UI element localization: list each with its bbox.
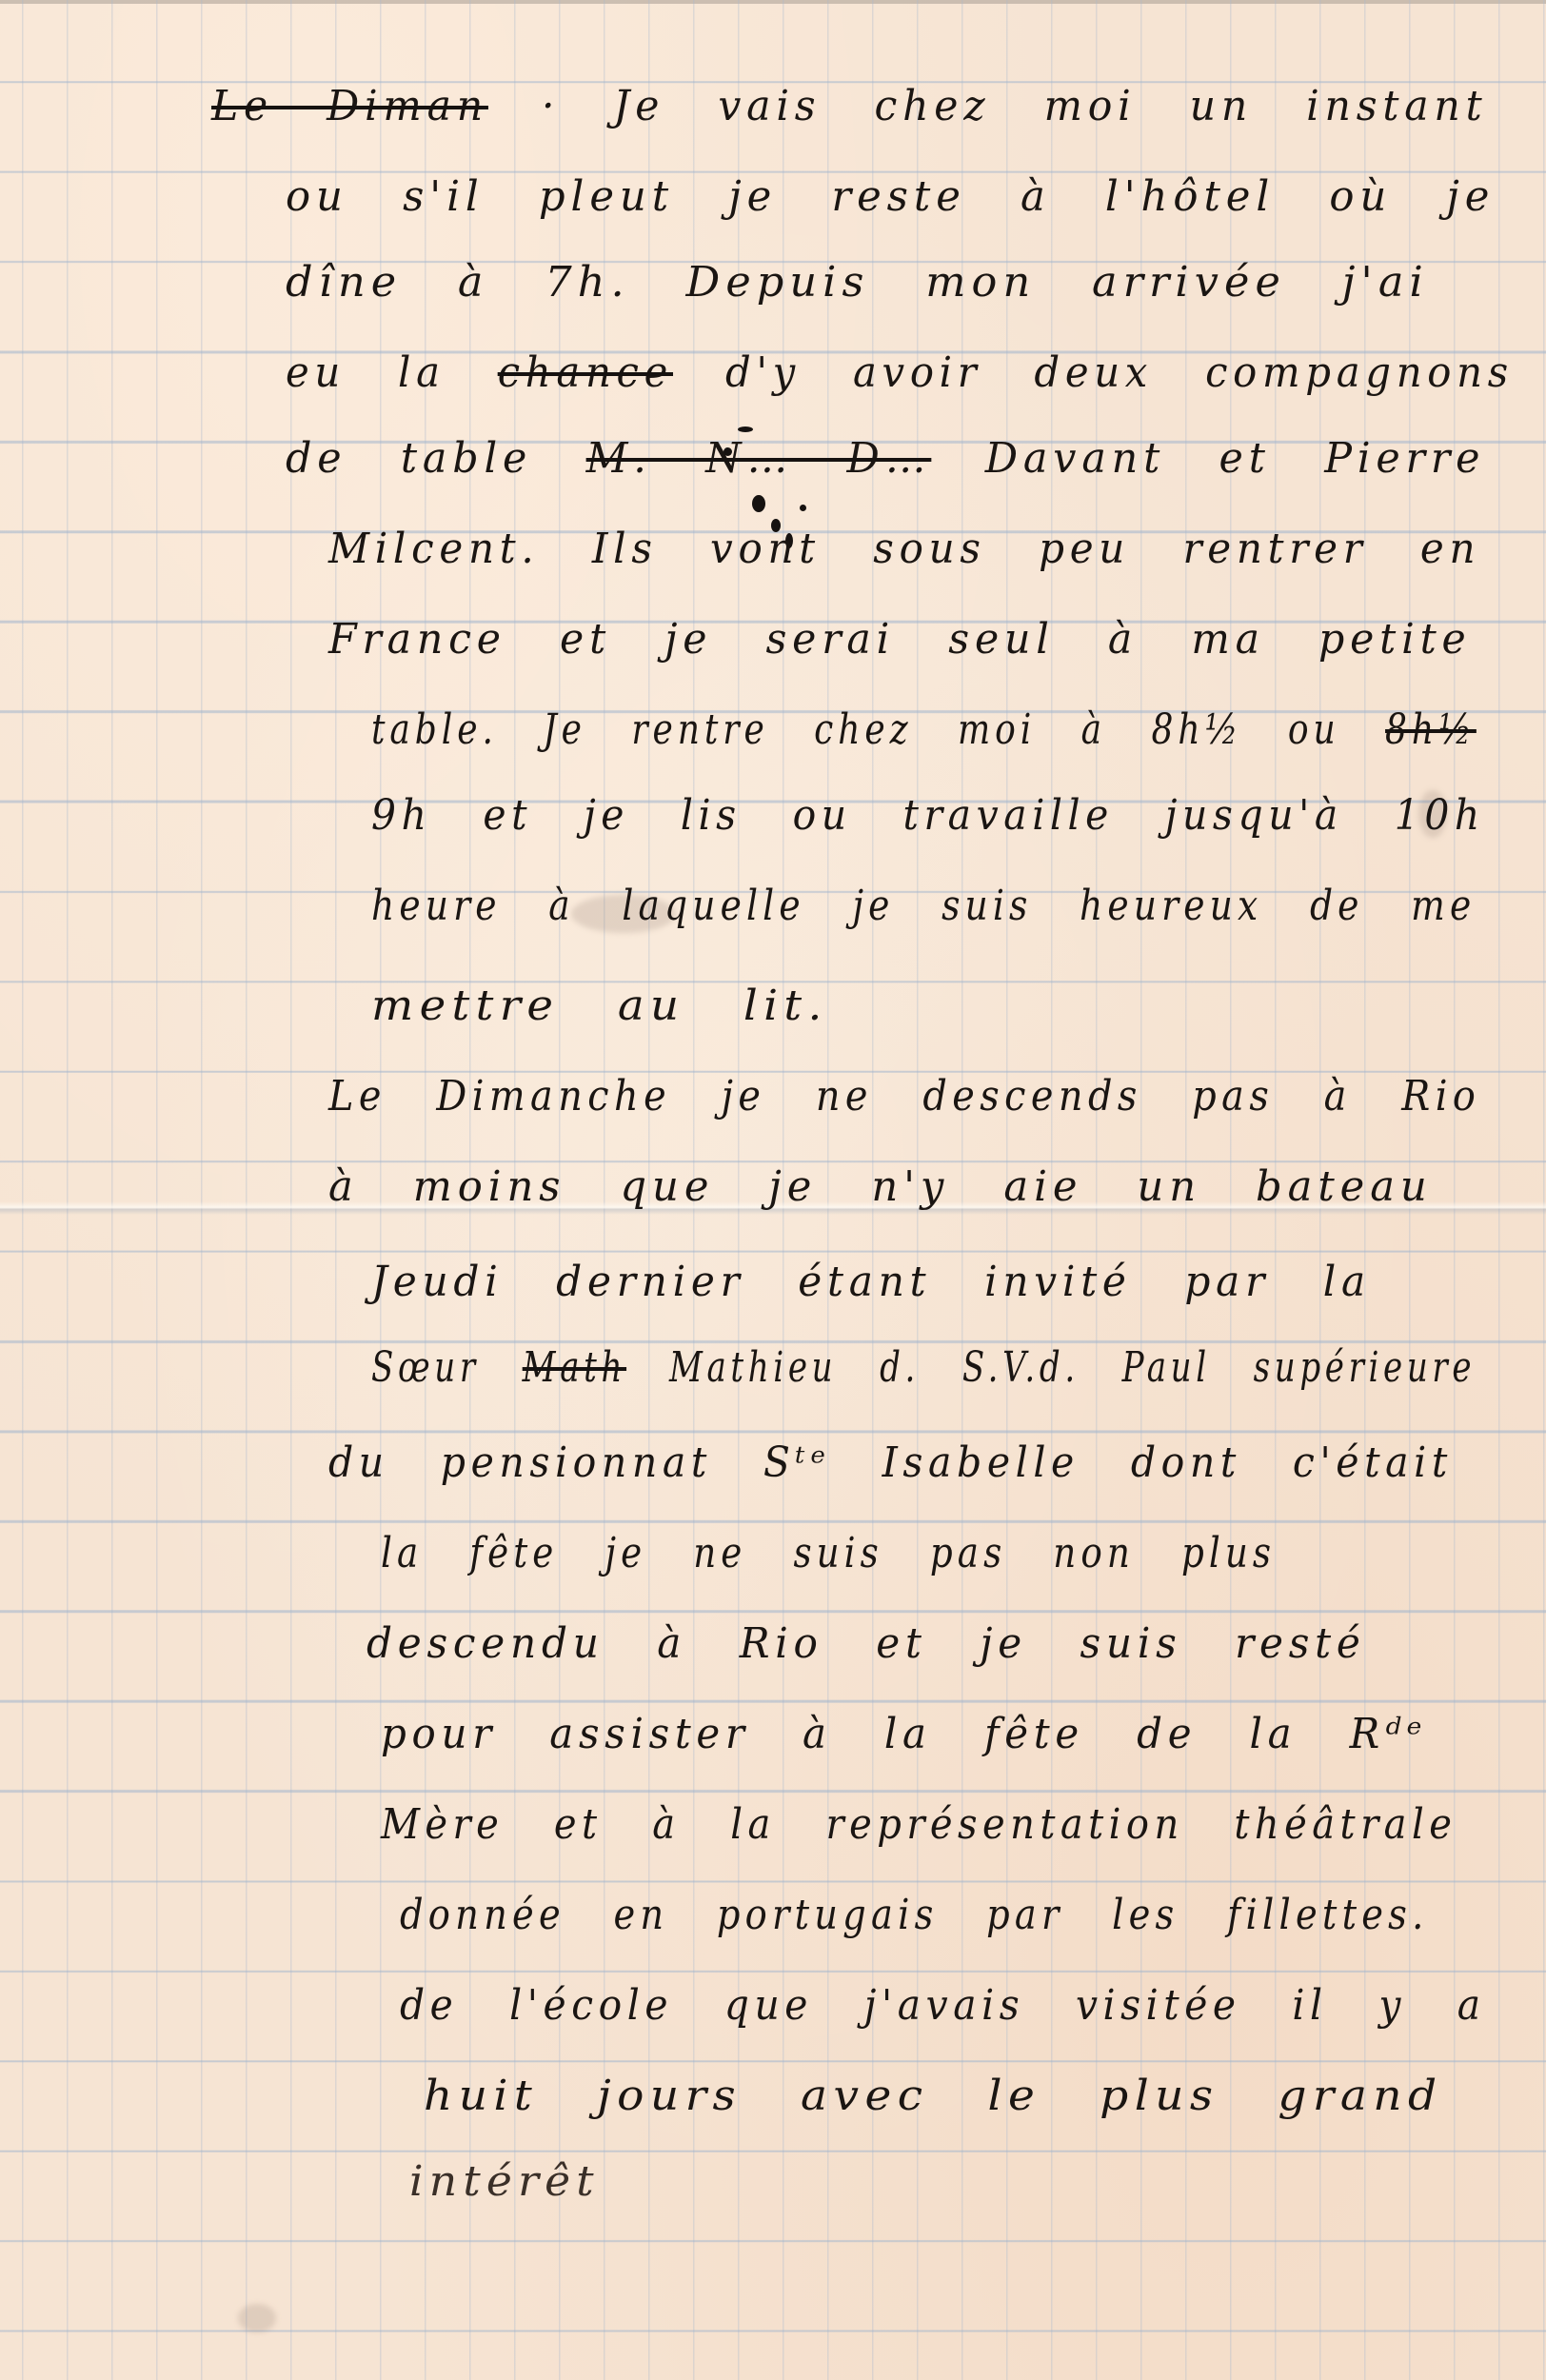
- letter-line: pour assister à la fête de la Rᵈᵉ: [381, 1714, 1427, 1755]
- letter-line: Jeudi dernier étant invité par la: [371, 1261, 1371, 1303]
- page-top-edge: [0, 0, 1546, 4]
- handwritten-text: ou s'il pleut je reste à l'hôtel où je: [286, 172, 1495, 221]
- handwritten-text: d'y avoir deux compagnons: [673, 348, 1514, 397]
- handwritten-text: du pensionnat Sᵗᵉ Isabelle dont c'était: [328, 1438, 1453, 1487]
- handwritten-text: de l'école que j'avais visitée il y a: [400, 1981, 1486, 2030]
- letter-line: intérêt: [409, 2161, 600, 2203]
- handwritten-text: à moins que je n'y aie un bateau: [328, 1162, 1433, 1211]
- letter-line: de table M. N… D… Davant et Pierre: [286, 438, 1485, 480]
- struck-text: Math: [523, 1343, 626, 1392]
- letter-line: Sœur Math Mathieu d. S.V.d. Paul supérie…: [371, 1347, 1476, 1389]
- handwritten-text: donnée en portugais par les fillettes.: [400, 1891, 1429, 1939]
- letter-line: de l'école que j'avais visitée il y a: [400, 1985, 1486, 2027]
- handwritten-text: Jeudi dernier étant invité par la: [371, 1258, 1371, 1306]
- letter-line: à moins que je n'y aie un bateau: [328, 1166, 1433, 1208]
- handwritten-text: huit jours avec le plus grand: [424, 2072, 1443, 2120]
- stain: [238, 2304, 276, 2332]
- ink-blot: [738, 426, 753, 432]
- handwritten-text: table. Je rentre chez moi à 8h½ ou: [371, 705, 1385, 754]
- letter-line: mettre au lit.: [371, 985, 828, 1027]
- letter-line: huit jours avec le plus grand: [424, 2075, 1443, 2117]
- letter-line: Milcent. Ils vont sous peu rentrer en: [328, 528, 1480, 570]
- letter-page: Le Diman · Je vais chez moi un instantou…: [0, 0, 1546, 2380]
- letter-line: la fête je ne suis pas non plus: [381, 1533, 1276, 1575]
- ink-blot: [800, 505, 806, 511]
- letter-line: donnée en portugais par les fillettes.: [400, 1894, 1429, 1936]
- handwritten-text: pour assister à la fête de la Rᵈᵉ: [381, 1710, 1427, 1758]
- letter-line: heure à laquelle je suis heureux de me: [371, 885, 1476, 927]
- handwritten-text: intérêt: [409, 2157, 600, 2206]
- letter-line: ou s'il pleut je reste à l'hôtel où je: [286, 176, 1495, 218]
- struck-text: M. N… D…: [586, 434, 932, 483]
- handwritten-text: la fête je ne suis pas non plus: [381, 1529, 1276, 1577]
- letter-line: table. Je rentre chez moi à 8h½ ou 8h½: [371, 709, 1477, 751]
- handwritten-text: dîne à 7h. Depuis mon arrivée j'ai: [286, 258, 1429, 307]
- letter-line: descendu à Rio et je suis resté: [367, 1623, 1366, 1665]
- letter-line: 9h et je lis ou travaille jusqu'à 10h: [371, 795, 1485, 837]
- letter-line: Mère et à la représentation théâtrale: [381, 1804, 1457, 1846]
- handwritten-text: France et je serai seul à ma petite: [328, 615, 1472, 664]
- handwritten-text: · Je vais chez moi un instant: [488, 82, 1488, 130]
- handwritten-text: mettre au lit.: [371, 982, 828, 1030]
- handwritten-text: de table: [286, 434, 586, 483]
- letter-line: dîne à 7h. Depuis mon arrivée j'ai: [286, 262, 1429, 304]
- handwritten-text: Mère et à la représentation théâtrale: [381, 1800, 1457, 1849]
- letter-line: France et je serai seul à ma petite: [328, 619, 1472, 661]
- struck-text: chance: [498, 348, 673, 397]
- handwritten-text: Mathieu d. S.V.d. Paul supérieure: [626, 1343, 1476, 1392]
- handwritten-text: eu la: [286, 348, 498, 397]
- handwritten-text: Sœur: [371, 1343, 523, 1392]
- struck-text: 8h½: [1385, 705, 1477, 754]
- letter-line: du pensionnat Sᵗᵉ Isabelle dont c'était: [328, 1442, 1453, 1484]
- ink-blot: [752, 495, 765, 512]
- struck-text: Le Diman: [211, 82, 488, 130]
- handwritten-text: descendu à Rio et je suis resté: [367, 1619, 1366, 1668]
- handwritten-text: Davant et Pierre: [931, 434, 1485, 483]
- letter-line: Le Dimanche je ne descends pas à Rio: [328, 1076, 1480, 1118]
- letter-line: eu la chance d'y avoir deux compagnons: [286, 352, 1514, 394]
- handwritten-text: Le Dimanche je ne descends pas à Rio: [328, 1072, 1480, 1121]
- handwritten-text: heure à laquelle je suis heureux de me: [371, 882, 1476, 930]
- handwritten-text: Milcent. Ils vont sous peu rentrer en: [328, 525, 1480, 573]
- handwritten-text: 9h et je lis ou travaille jusqu'à 10h: [371, 791, 1485, 840]
- letter-line: Le Diman · Je vais chez moi un instant: [211, 86, 1488, 128]
